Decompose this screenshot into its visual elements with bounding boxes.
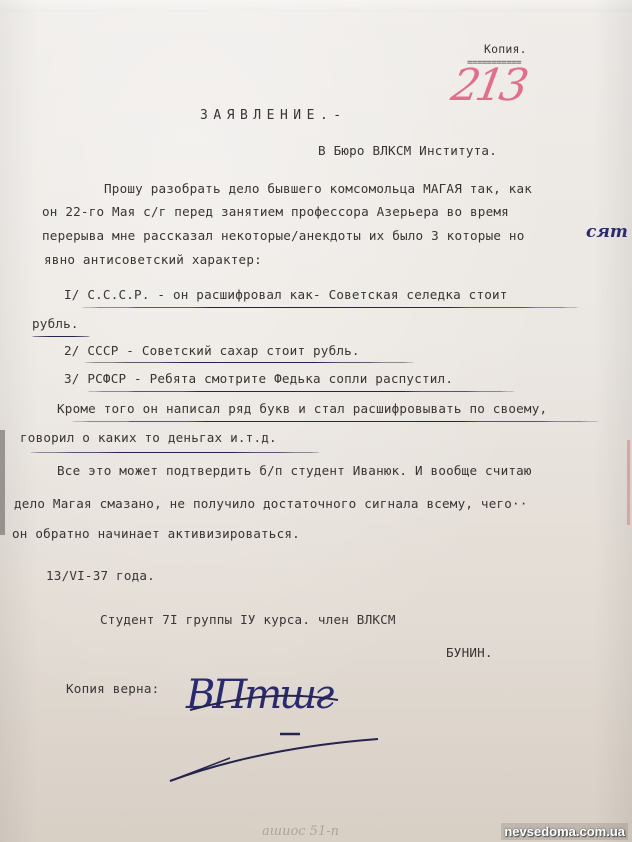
underline — [86, 391, 516, 392]
underline — [32, 336, 90, 337]
underline — [30, 452, 320, 453]
document-date: 13/VI-37 года. — [46, 568, 155, 583]
pencil-note: ашиос 51-п — [262, 824, 339, 839]
archive-number-red: 213 — [448, 60, 529, 111]
underline — [84, 362, 414, 363]
certified-copy-label: Копия верна: — [66, 681, 159, 696]
signature-flourish — [160, 690, 400, 790]
paragraph2-line: говорил о каких то деньгах и.т.д. — [20, 430, 277, 445]
paragraph1-line: Прошу разобрать дело бывшего комсомольца… — [104, 181, 532, 196]
joke-1-continued: рубль. — [32, 316, 79, 331]
paragraph1-line: перерыва мне рассказал некоторые/анекдот… — [42, 228, 525, 243]
joke-1: I/ С.С.С.Р. - он расшифровал как- Советс… — [64, 287, 508, 302]
joke-2: 2/ СССР - Советский сахар стоит рубль. — [64, 343, 360, 358]
paragraph3-line: дело Магая смазано, не получило достаточ… — [14, 496, 528, 511]
watermark: nevsedoma.com.ua — [501, 823, 628, 840]
paragraph1-line: явно антисоветский характер: — [44, 252, 262, 267]
paragraph1-line: он 22-го Мая с/г перед занятием профессо… — [42, 204, 509, 219]
signatory-name: БУНИН. — [446, 645, 493, 660]
underline — [80, 307, 580, 308]
right-margin-mark — [627, 440, 630, 525]
addressee: В Бюро ВЛКСМ Института. — [318, 143, 497, 158]
underline — [70, 421, 600, 422]
joke-3: 3/ РСФСР - Ребята смотрите Федька сопли … — [64, 371, 453, 386]
paragraph3-line: он обратно начинает активизироваться. — [12, 526, 300, 541]
paragraph2-line: Кроме того он написал ряд букв и стал ра… — [57, 401, 547, 416]
paragraph3-line: Все это может подтвердить б/п студент Ив… — [57, 463, 532, 478]
signatory-line: Студент 7I группы IУ курса. член ВЛКСМ — [100, 612, 396, 627]
paper-top-edge — [0, 0, 632, 12]
copy-label: Копия. — [484, 42, 527, 56]
handwritten-insertion: сят — [586, 222, 628, 242]
document-title: ЗАЯВЛЕНИЕ.- — [200, 108, 347, 123]
left-margin-mark — [0, 430, 5, 535]
